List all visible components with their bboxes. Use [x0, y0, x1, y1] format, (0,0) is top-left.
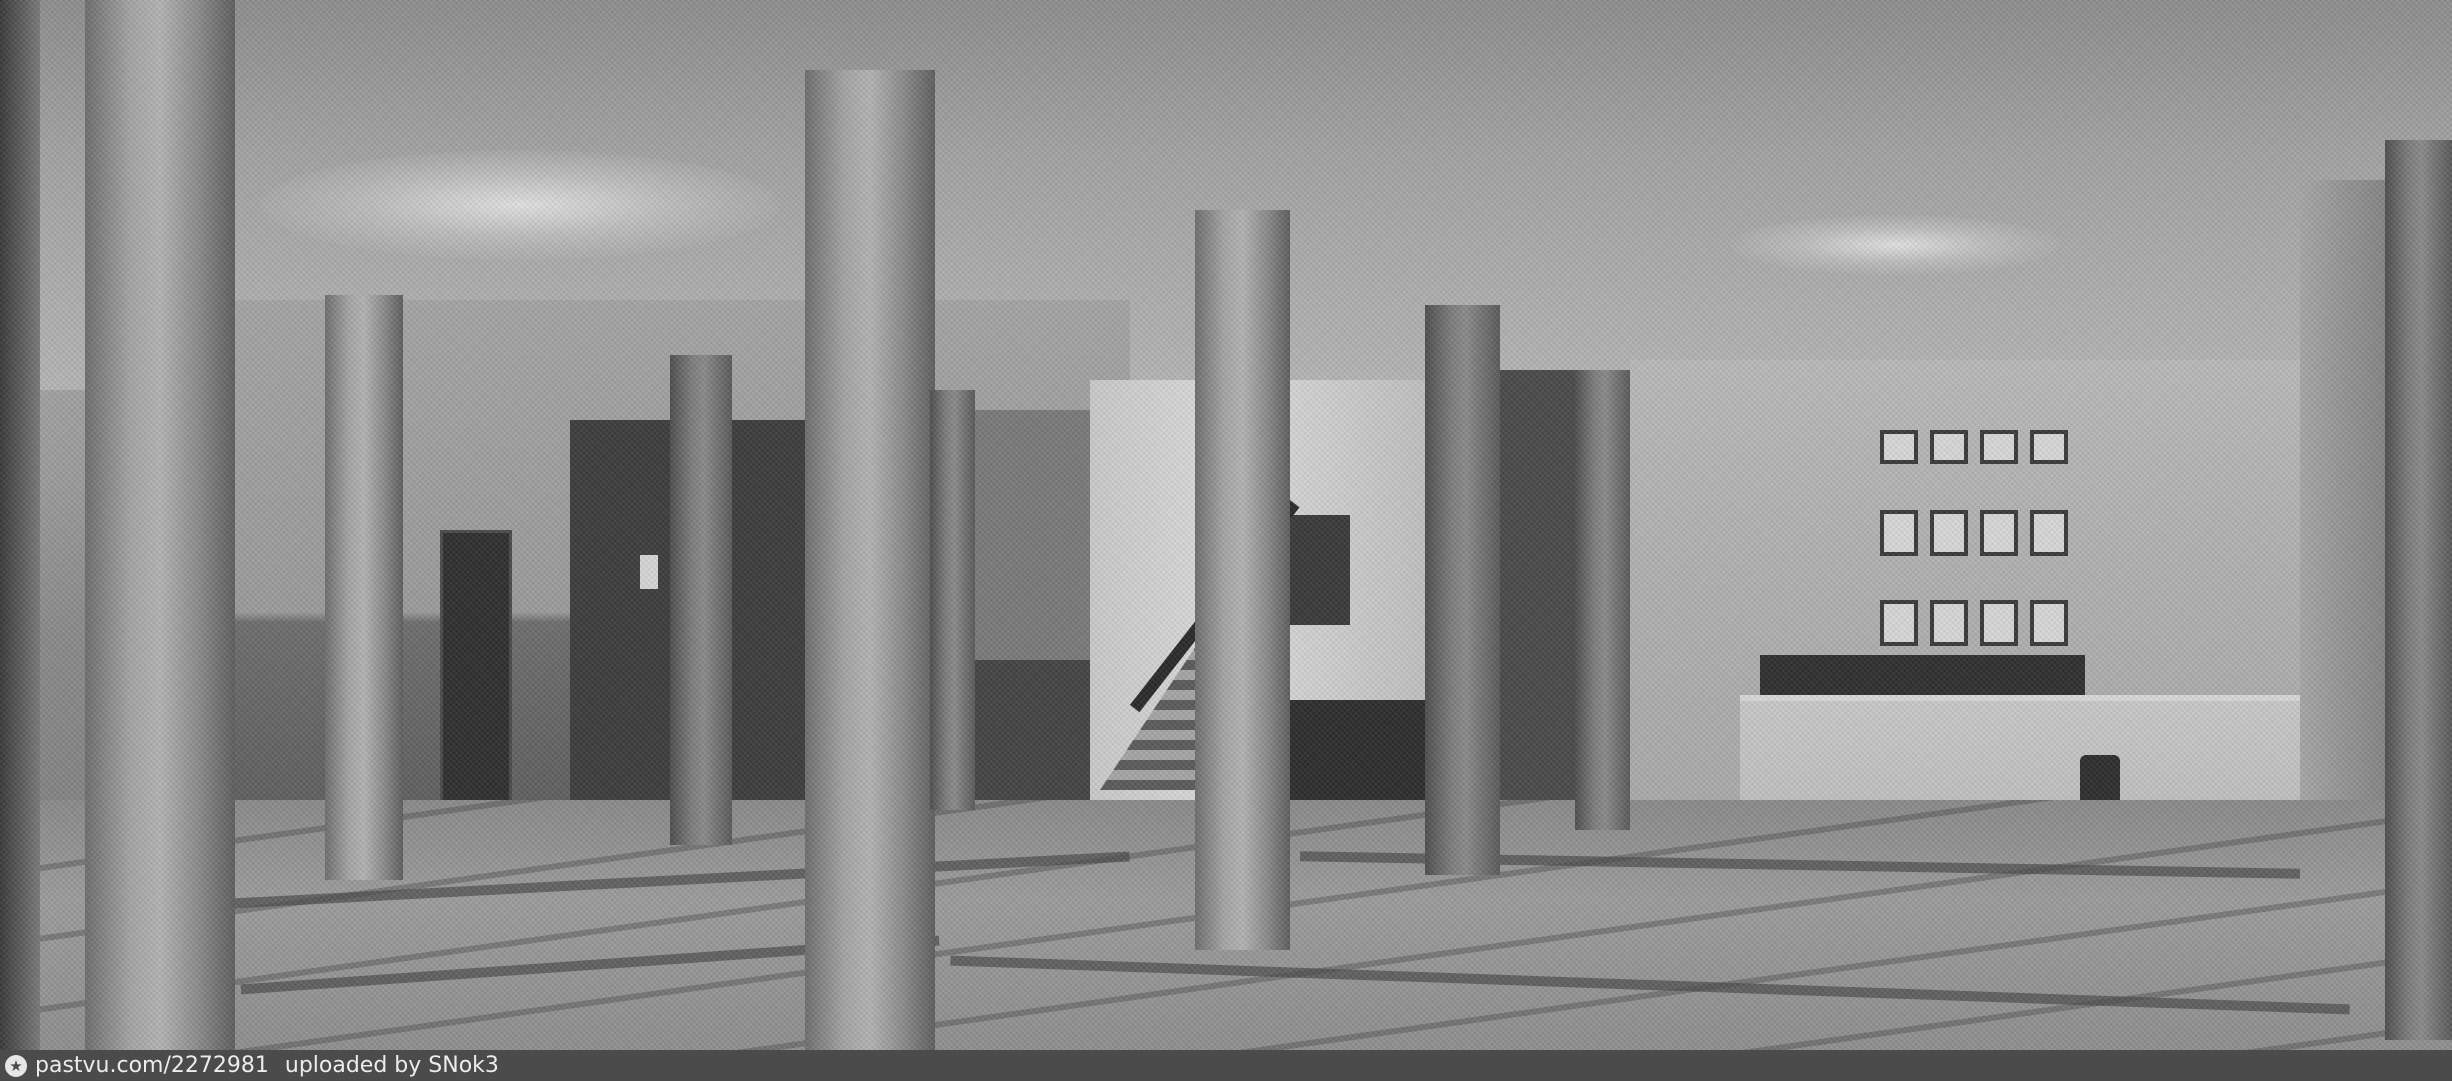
window-pane [1880, 430, 1918, 464]
window-pane [1980, 430, 2018, 464]
window-pane [2030, 430, 2068, 464]
column-foreground-center [805, 70, 935, 1050]
column [325, 295, 403, 880]
column [930, 390, 975, 810]
window-pane [1930, 600, 1968, 646]
column [1195, 210, 1290, 950]
stair-landing-window [1290, 515, 1350, 625]
source-link[interactable]: pastvu.com/2272981 [35, 1053, 269, 1078]
counter-dark-panel [1760, 655, 2085, 697]
ceiling-light-left [260, 150, 780, 260]
window-pane [1930, 510, 1968, 556]
window-pane [1980, 600, 2018, 646]
column-foreground-left [85, 0, 235, 1050]
column [670, 355, 732, 845]
column [1425, 305, 1500, 875]
historical-photo [0, 0, 2452, 1050]
photo-viewer: ★ pastvu.com/2272981 uploaded by SNok3 [0, 0, 2452, 1081]
wall-light [640, 555, 658, 589]
window-pane [1880, 510, 1918, 556]
column-right-edge [2385, 140, 2452, 1040]
door-left [440, 530, 512, 806]
window-pane [2030, 600, 2068, 646]
uploader-credit: uploaded by SNok3 [285, 1053, 499, 1078]
window-pane [1930, 430, 1968, 464]
column [1575, 370, 1630, 830]
watermark-bar: ★ pastvu.com/2272981 uploaded by SNok3 [0, 1050, 2452, 1081]
stair-underside [1290, 700, 1430, 810]
window-grid [1880, 430, 2080, 650]
left-edge-shadow [0, 0, 40, 1050]
wall-wainscot [975, 660, 1095, 800]
dark-wall-panel [1500, 370, 1580, 830]
star-badge-icon: ★ [5, 1055, 27, 1077]
window-pane [1980, 510, 2018, 556]
window-pane [1880, 600, 1918, 646]
window-pane [2030, 510, 2068, 556]
ceiling-light-right [1730, 215, 2060, 275]
